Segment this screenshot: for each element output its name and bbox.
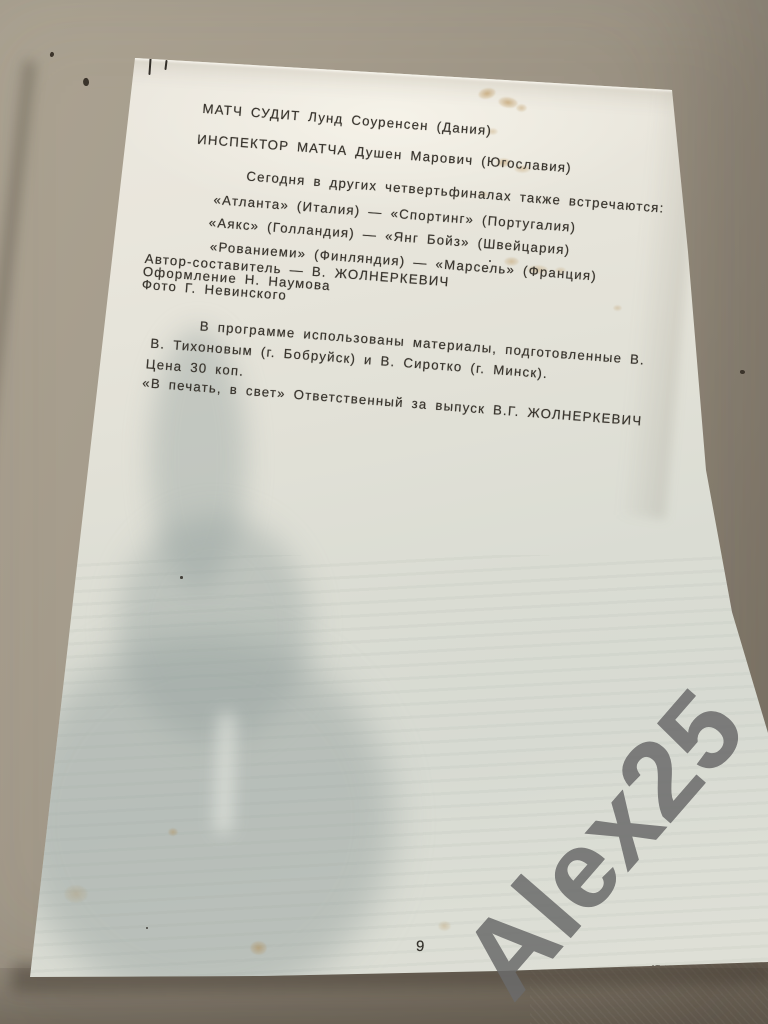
printed-line-responsible: «В печать, в свет» Ответственный за выпу… bbox=[142, 375, 643, 428]
paper-speck bbox=[146, 927, 148, 929]
photo-scene: МАТЧ СУДИТ Лунд Соуренсен (Дания) ИНСПЕК… bbox=[0, 0, 768, 1024]
stain bbox=[168, 828, 178, 836]
printed-line-referee: МАТЧ СУДИТ Лунд Соуренсен (Дания) bbox=[202, 101, 493, 138]
desk-speck bbox=[740, 370, 745, 374]
paper-speck bbox=[180, 576, 183, 579]
photographer-shadow bbox=[16, 635, 394, 1007]
stain bbox=[64, 885, 88, 903]
stain bbox=[250, 941, 267, 955]
page-number: 9 bbox=[416, 938, 425, 955]
printed-text-block: МАТЧ СУДИТ Лунд Соуренсен (Дания) ИНСПЕК… bbox=[96, 48, 707, 511]
